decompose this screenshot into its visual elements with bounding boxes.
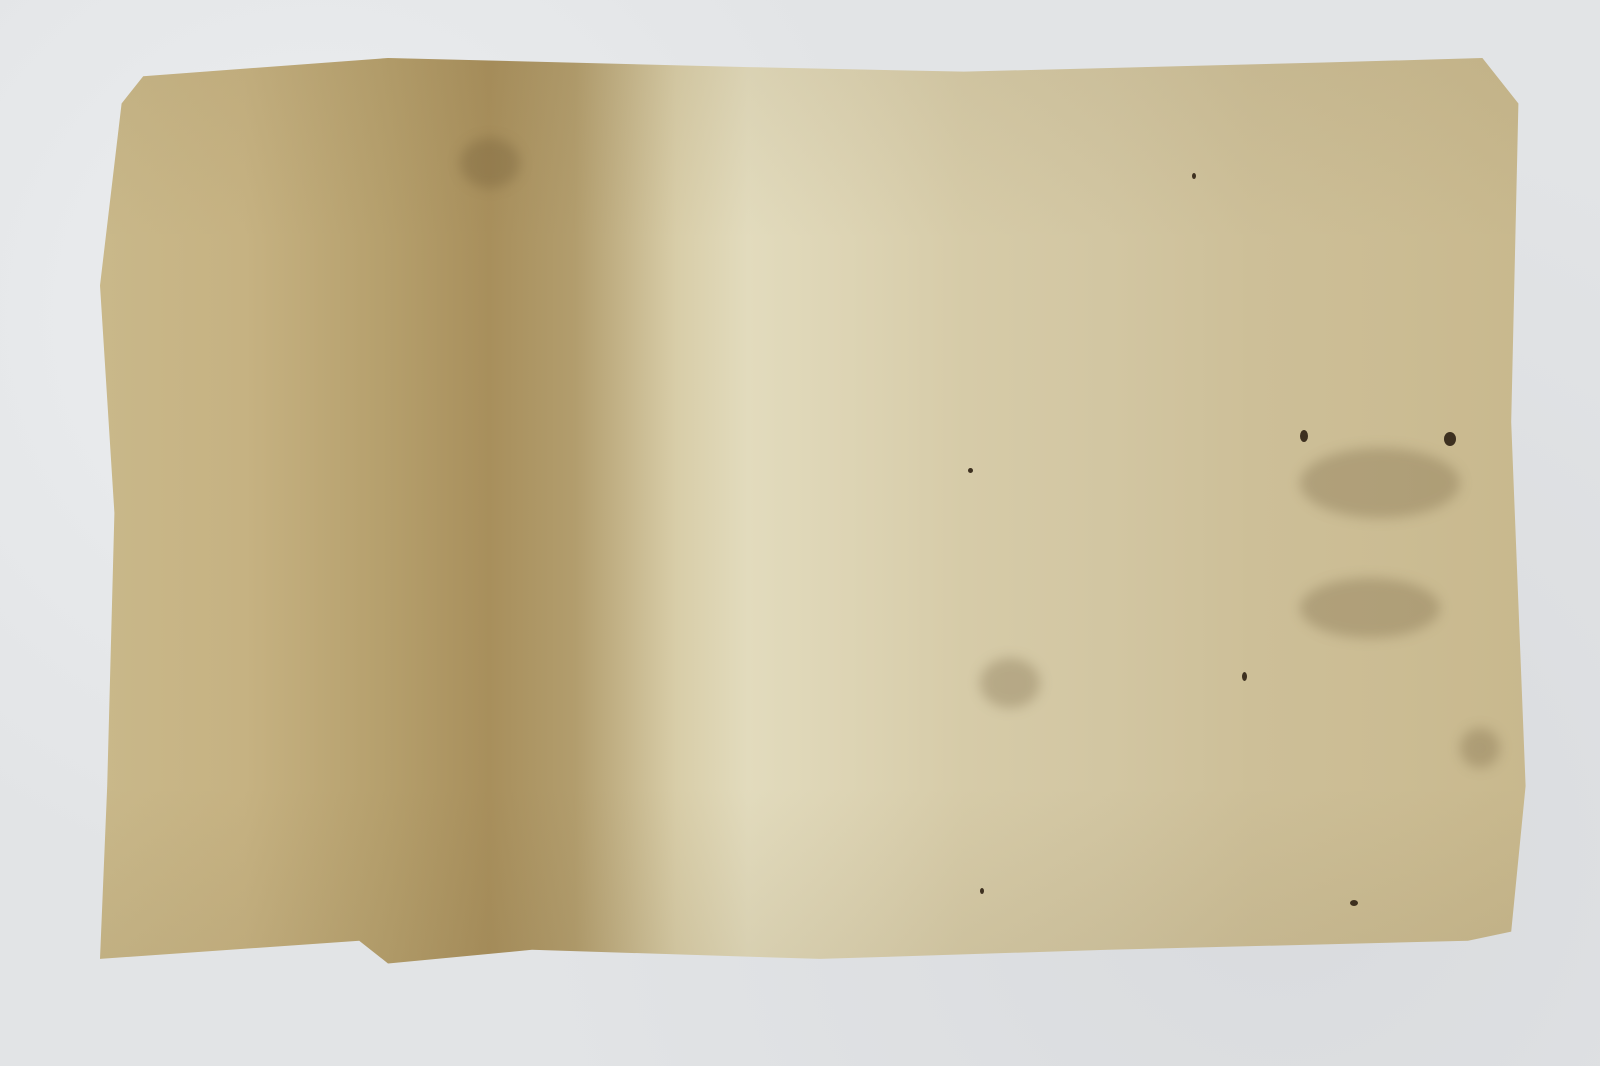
foxing-dot [968,468,973,473]
stain [1300,448,1460,518]
foxing-dot [1242,672,1247,681]
stain [980,658,1040,708]
foxing-dot [1300,430,1308,442]
paper-shading [100,58,1540,968]
stain [460,138,520,188]
foxing-dot [980,888,984,894]
foxing-dot [1192,173,1196,179]
stain [1460,728,1500,768]
aged-paper-sheet [100,58,1540,968]
stain [1300,578,1440,638]
foxing-dot [1350,900,1358,906]
foxing-dot [1444,432,1456,446]
